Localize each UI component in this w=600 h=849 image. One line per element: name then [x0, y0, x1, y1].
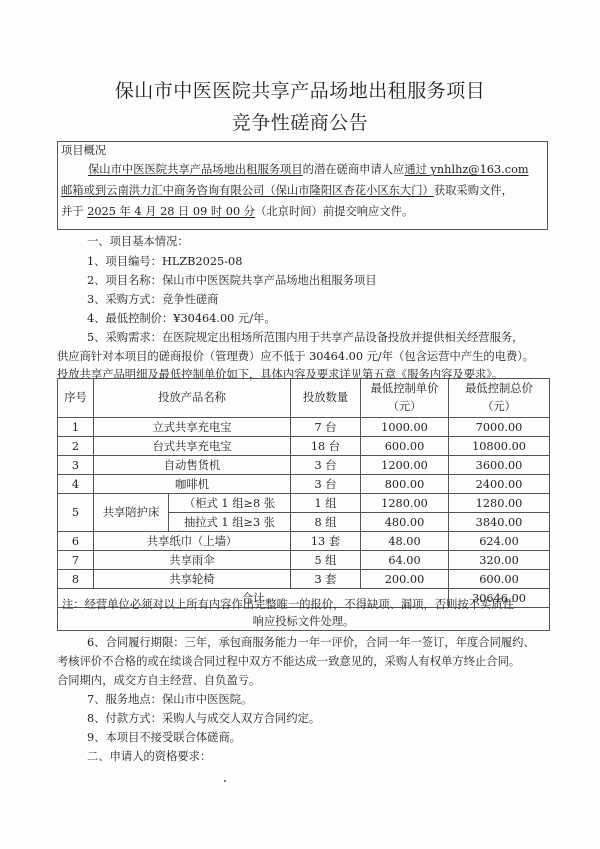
cell-no: 1 — [58, 418, 94, 437]
cell-no: 5 — [58, 494, 94, 532]
cell-total-price: 1280.00 — [449, 494, 550, 513]
cell-total-price: 3600.00 — [449, 456, 550, 475]
table-row: 1 立式共享充电宝 7 台 1000.00 7000.00 — [58, 418, 550, 437]
cell-unit-price: 48.00 — [361, 532, 449, 551]
cell-name: 共享纸巾（上墙） — [94, 532, 291, 551]
overview-text: 获取采购文件， — [434, 184, 513, 197]
item-contract-term-line-2: 考核评价不合格的或在续谈合同过程中双方不能达成一致意见的，采购人有权单方终止合同… — [57, 653, 552, 672]
overview-email: 通过 ynhlhz@163.com — [404, 163, 528, 176]
cell-qty: 8 组 — [291, 513, 361, 532]
cell-total-price: 3840.00 — [449, 513, 550, 532]
note-line-1: 注：经营单位必须对以上所有内容作出完整唯一的报价，不得缺项、漏项，否则按不实质性 — [58, 596, 549, 613]
cell-name: 立式共享充电宝 — [94, 418, 291, 437]
document-subtitle: 竞争性磋商公告 — [0, 108, 600, 135]
cell-qty: 13 套 — [291, 532, 361, 551]
header-total-price: 最低控制总价（元） — [449, 379, 550, 418]
cell-name: 自动售货机 — [94, 456, 291, 475]
cell-unit-price: 600.00 — [361, 437, 449, 456]
item-minimum-price: 4、最低控制价：¥30464.00 元/年。 — [57, 310, 582, 329]
table-header-row: 序号 投放产品名称 投放数量 最低控制单价（元） 最低控制总价（元） — [58, 379, 550, 418]
overview-line-1: 保山市中医医院共享产品场地出租服务项目的潜在磋商申请人应通过 ynhlhz@16… — [58, 159, 547, 180]
cell-qty: 3 套 — [291, 570, 361, 589]
table-note: 注：经营单位必须对以上所有内容作出完整唯一的报价，不得缺项、漏项，否则按不实质性… — [57, 596, 550, 631]
cell-sub-name: （柜式 1 组≥8 张 — [169, 494, 291, 513]
cell-no: 3 — [58, 456, 94, 475]
cell-group-name: 共享陪护床 — [94, 494, 169, 532]
item-procurement-method: 3、采购方式：竞争性磋商 — [57, 291, 582, 310]
document-title: 保山市中医医院共享产品场地出租服务项目 — [0, 76, 600, 103]
project-overview-box: 项目概况 保山市中医医院共享产品场地出租服务项目的潜在磋商申请人应通过 ynhl… — [57, 141, 548, 230]
table-row: 3 自动售货机 3 台 1200.00 3600.00 — [58, 456, 550, 475]
cell-name: 共享轮椅 — [94, 570, 291, 589]
header-unit-price-unit: （元） — [361, 398, 448, 416]
header-name: 投放产品名称 — [94, 379, 291, 418]
scan-speck — [224, 780, 226, 782]
item-contract-term-line-3: 合同期内，成交方自主经营、自负盈亏。 — [57, 672, 552, 691]
overview-text: 并于 — [61, 205, 87, 218]
section-2-heading: 二、申请人的资格要求： — [57, 748, 582, 767]
overview-deadline: 2025 年 4 月 28 日 09 时 00 分 — [87, 205, 255, 218]
item-project-name: 2、项目名称：保山市中医医院共享产品场地出租服务项目 — [57, 272, 582, 291]
cell-no: 8 — [58, 570, 94, 589]
header-qty: 投放数量 — [291, 379, 361, 418]
cell-unit-price: 200.00 — [361, 570, 449, 589]
overview-label: 项目概况 — [58, 142, 547, 159]
item-project-number: 1、项目编号：HLZB2025-08 — [57, 253, 582, 272]
cell-name: 共享雨伞 — [94, 551, 291, 570]
item-requirements-line-1: 5、采购需求：在医院规定出租场所范围内用于共享产品设备投放并提供相关经营服务， — [57, 329, 582, 348]
note-line-2: 响应投标文件处理。 — [58, 613, 549, 630]
header-total-price-label: 最低控制总价 — [449, 380, 549, 398]
section-1-heading: 一、项目基本情况： — [57, 233, 582, 252]
cell-no: 7 — [58, 551, 94, 570]
header-unit-price-label: 最低控制单价 — [361, 380, 448, 398]
cell-qty: 3 台 — [291, 475, 361, 494]
products-table: 序号 投放产品名称 投放数量 最低控制单价（元） 最低控制总价（元） 1 立式共… — [57, 378, 550, 608]
cell-unit-price: 1200.00 — [361, 456, 449, 475]
cell-unit-price: 1000.00 — [361, 418, 449, 437]
table-row: 7 共享雨伞 5 组 64.00 320.00 — [58, 551, 550, 570]
overview-line-3: 并于 2025 年 4 月 28 日 09 时 00 分（北京时间）前提交响应文… — [58, 201, 547, 222]
cell-unit-price: 480.00 — [361, 513, 449, 532]
item-contract-term-line-1: 6、合同履行期限：三年，承包商服务能力一年一评价，合同一年一签订，年度合同履约、 — [57, 634, 582, 653]
cell-unit-price: 1280.00 — [361, 494, 449, 513]
cell-name: 咖啡机 — [94, 475, 291, 494]
item-consortium: 9、本项目不接受联合体磋商。 — [57, 729, 582, 748]
cell-total-price: 600.00 — [449, 570, 550, 589]
cell-unit-price: 64.00 — [361, 551, 449, 570]
cell-no: 4 — [58, 475, 94, 494]
cell-qty: 3 台 — [291, 456, 361, 475]
table-row: 4 咖啡机 3 台 800.00 2400.00 — [58, 475, 550, 494]
overview-line-2: 邮箱或到云南洪力汇中商务咨询有限公司（保山市隆阳区杏花小区东大门）获取采购文件， — [58, 180, 547, 201]
header-unit-price: 最低控制单价（元） — [361, 379, 449, 418]
cell-qty: 5 组 — [291, 551, 361, 570]
table-row: 8 共享轮椅 3 套 200.00 600.00 — [58, 570, 550, 589]
cell-sub-name: 抽拉式 1 组≥3 张 — [169, 513, 291, 532]
cell-total-price: 2400.00 — [449, 475, 550, 494]
overview-project-name: 保山市中医医院共享产品场地出租服务项目 — [88, 163, 303, 176]
cell-qty: 7 台 — [291, 418, 361, 437]
item-requirements-line-2: 供应商针对本项目的磋商报价（管理费）应不低于 30464.00 元/年（包含运营… — [57, 348, 552, 367]
table-row: 6 共享纸巾（上墙） 13 套 48.00 624.00 — [58, 532, 550, 551]
cell-total-price: 10800.00 — [449, 437, 550, 456]
cell-qty: 1 组 — [291, 494, 361, 513]
overview-text: 的潜在磋商申请人应 — [303, 163, 405, 176]
cell-no: 2 — [58, 437, 94, 456]
cell-name: 台式共享充电宝 — [94, 437, 291, 456]
cell-total-price: 7000.00 — [449, 418, 550, 437]
table-row: 2 台式共享充电宝 18 台 600.00 10800.00 — [58, 437, 550, 456]
header-total-price-unit: （元） — [449, 398, 549, 416]
header-no: 序号 — [58, 379, 94, 418]
item-payment-method: 8、付款方式：采购人与成交人双方合同约定。 — [57, 710, 582, 729]
cell-unit-price: 800.00 — [361, 475, 449, 494]
table-row: 5 共享陪护床 （柜式 1 组≥8 张 1 组 1280.00 1280.00 — [58, 494, 550, 513]
cell-total-price: 624.00 — [449, 532, 550, 551]
cell-qty: 18 台 — [291, 437, 361, 456]
item-service-location: 7、服务地点：保山市中医医院。 — [57, 691, 582, 710]
cell-total-price: 320.00 — [449, 551, 550, 570]
overview-agency: 邮箱或到云南洪力汇中商务咨询有限公司（保山市隆阳区杏花小区东大门） — [61, 184, 434, 197]
overview-text: （北京时间）前提交响应文件。 — [255, 205, 413, 218]
cell-no: 6 — [58, 532, 94, 551]
